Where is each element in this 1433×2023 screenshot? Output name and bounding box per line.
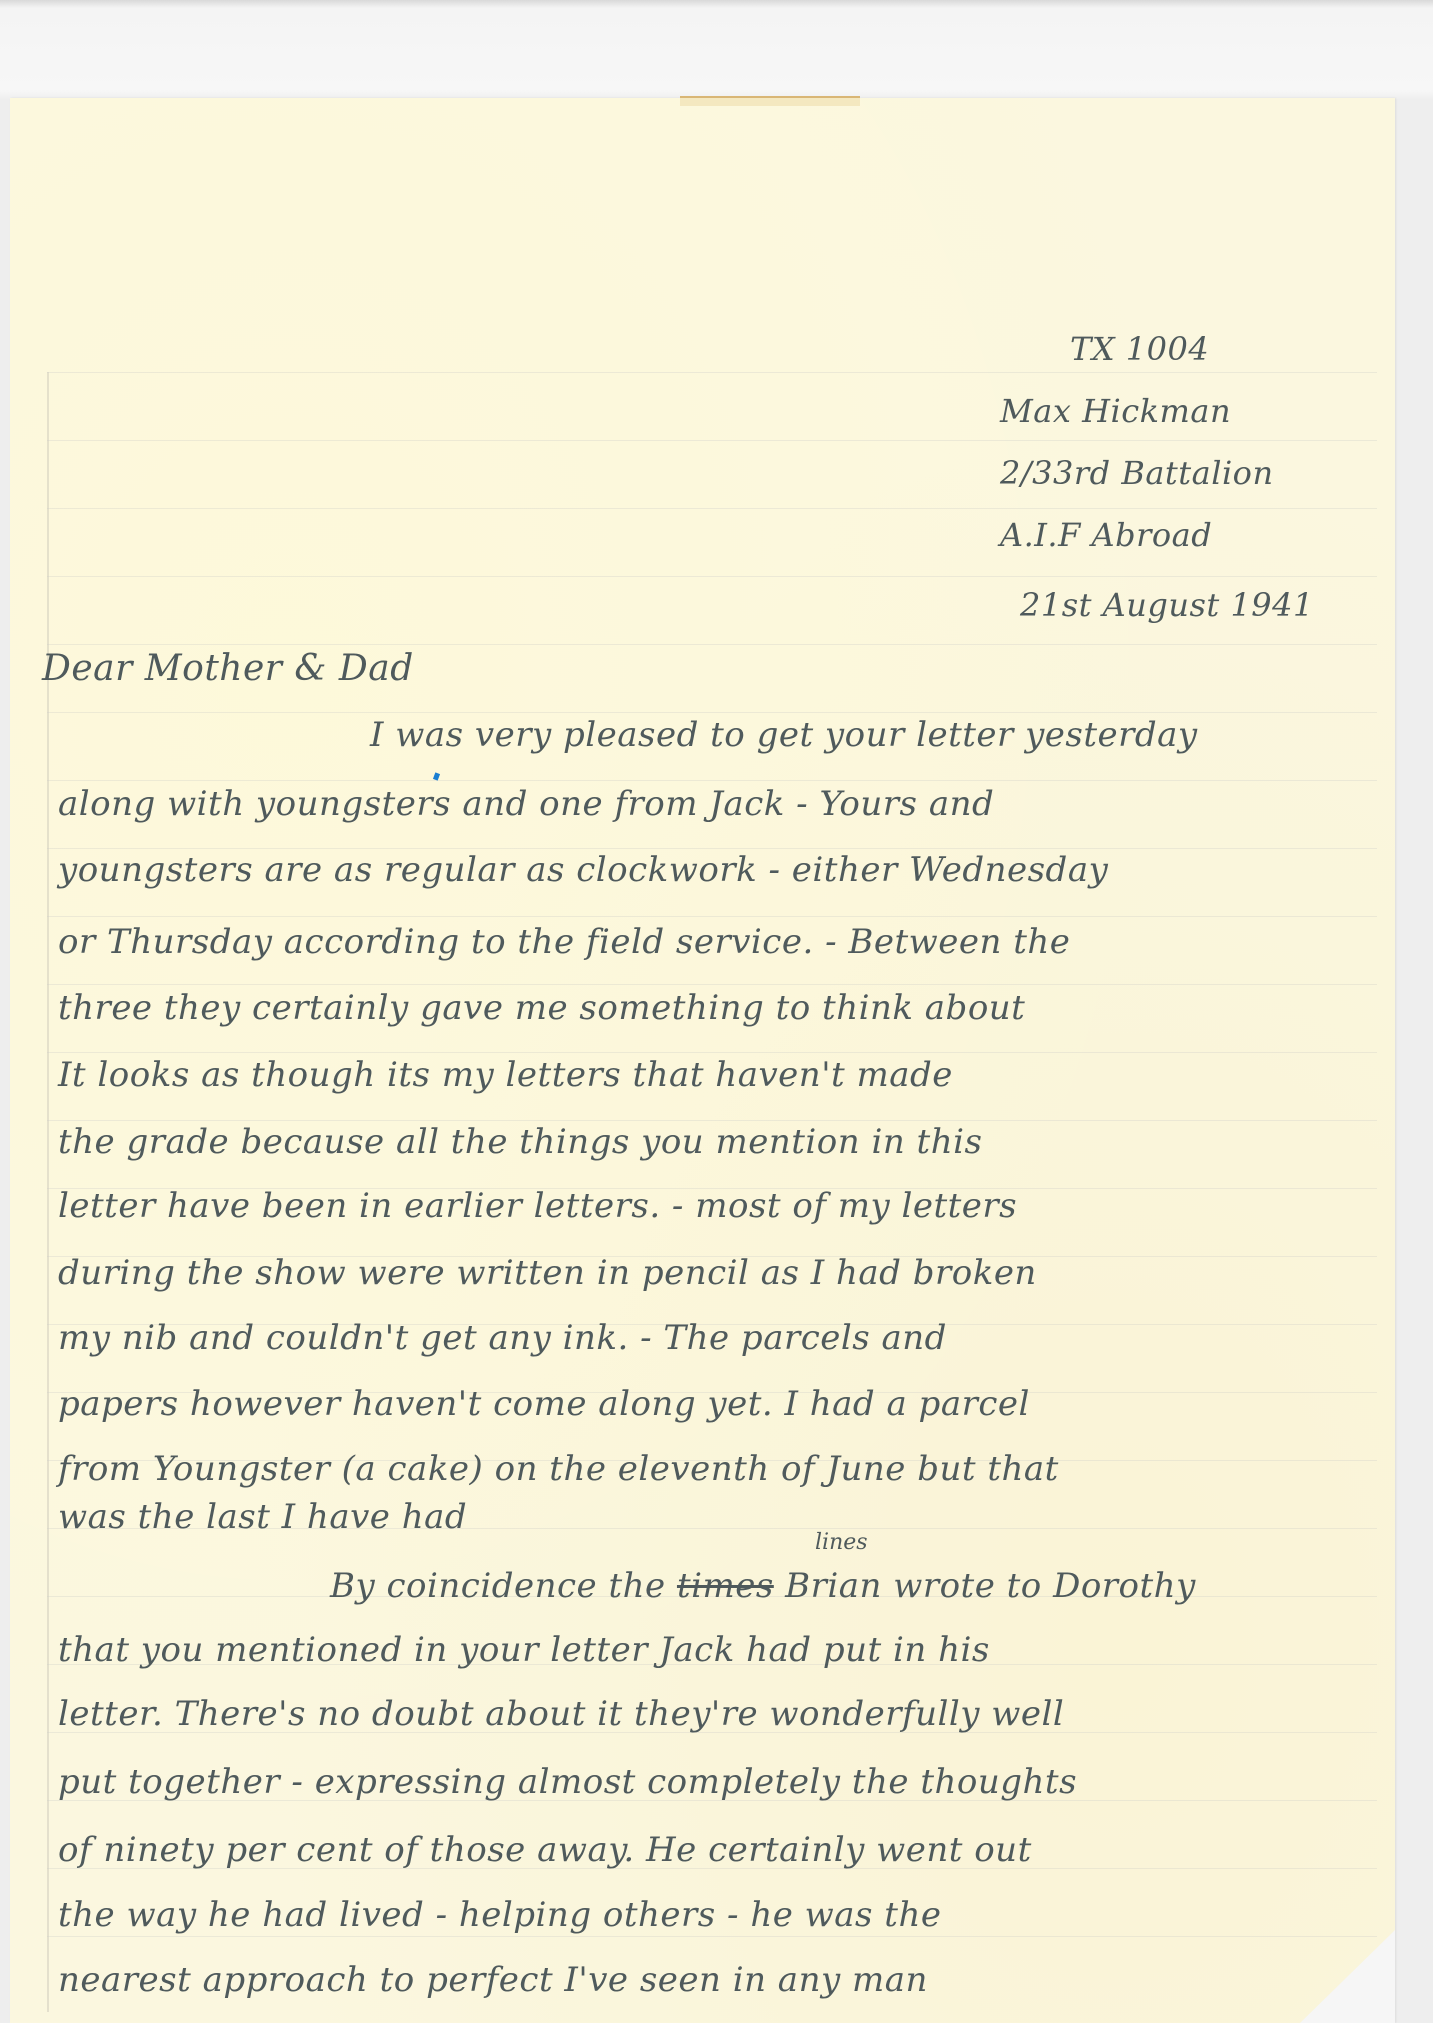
ruled-line xyxy=(47,1120,1377,1121)
margin-line xyxy=(47,372,49,2012)
body-line: I was very pleased to get your letter ye… xyxy=(370,715,1198,755)
sender-unit: A.I.F Abroad xyxy=(1000,516,1212,554)
body-line: letter have been in earlier letters. - m… xyxy=(58,1186,1017,1226)
ruled-line xyxy=(47,916,1377,917)
ruled-line xyxy=(47,780,1377,781)
ruled-line xyxy=(47,984,1377,985)
body-line: or Thursday according to the field servi… xyxy=(58,922,1070,962)
body-line: my nib and couldn't get any ink. - The p… xyxy=(58,1318,947,1358)
folded-corner xyxy=(1300,1930,1395,2023)
ruled-line xyxy=(47,1052,1377,1053)
sender-address-block: TX 1004 Max Hickman 2/33rd Battalion A.I… xyxy=(990,330,1390,650)
struck-word: times xyxy=(677,1566,774,1606)
ruled-line xyxy=(47,848,1377,849)
body-line: three they certainly gave me something t… xyxy=(58,988,1025,1028)
sender-battalion: 2/33rd Battalion xyxy=(1000,454,1274,492)
ruled-line xyxy=(47,712,1377,713)
inserted-word: lines xyxy=(815,1530,868,1555)
body-text: By coincidence the xyxy=(330,1566,666,1606)
letter-date: 21st August 1941 xyxy=(1020,586,1314,624)
body-text: Brian wrote to Dorothy xyxy=(785,1566,1196,1606)
body-line: the way he had lived - helping others - … xyxy=(58,1895,941,1935)
body-line: the grade because all the things you men… xyxy=(58,1122,982,1162)
body-line: along with youngsters and one from Jack … xyxy=(58,784,994,824)
body-line: letter. There's no doubt about it they'r… xyxy=(58,1694,1064,1734)
body-line: of ninety per cent of those away. He cer… xyxy=(58,1830,1032,1870)
body-line: It looks as though its my letters that h… xyxy=(58,1055,953,1095)
body-line: from Youngster (a cake) on the eleventh … xyxy=(58,1449,1059,1489)
body-line: during the show were written in pencil a… xyxy=(58,1253,1037,1293)
ruled-line xyxy=(47,1936,1377,1937)
salutation: Dear Mother & Dad xyxy=(42,648,414,689)
body-line: put together - expressing almost complet… xyxy=(58,1762,1077,1802)
body-line: nearest approach to perfect I've seen in… xyxy=(58,1960,928,2000)
body-line-with-correction: By coincidence the times Brian wrote to … xyxy=(330,1566,1196,1606)
paper-tear-mark xyxy=(680,96,860,106)
sender-name: Max Hickman xyxy=(1000,392,1231,430)
body-line: was the last I have had xyxy=(58,1497,467,1537)
service-number: TX 1004 xyxy=(1070,330,1209,368)
body-line: youngsters are as regular as clockwork -… xyxy=(58,850,1108,890)
body-line: that you mentioned in your letter Jack h… xyxy=(58,1630,990,1670)
body-line: papers however haven't come along yet. I… xyxy=(58,1384,1030,1424)
